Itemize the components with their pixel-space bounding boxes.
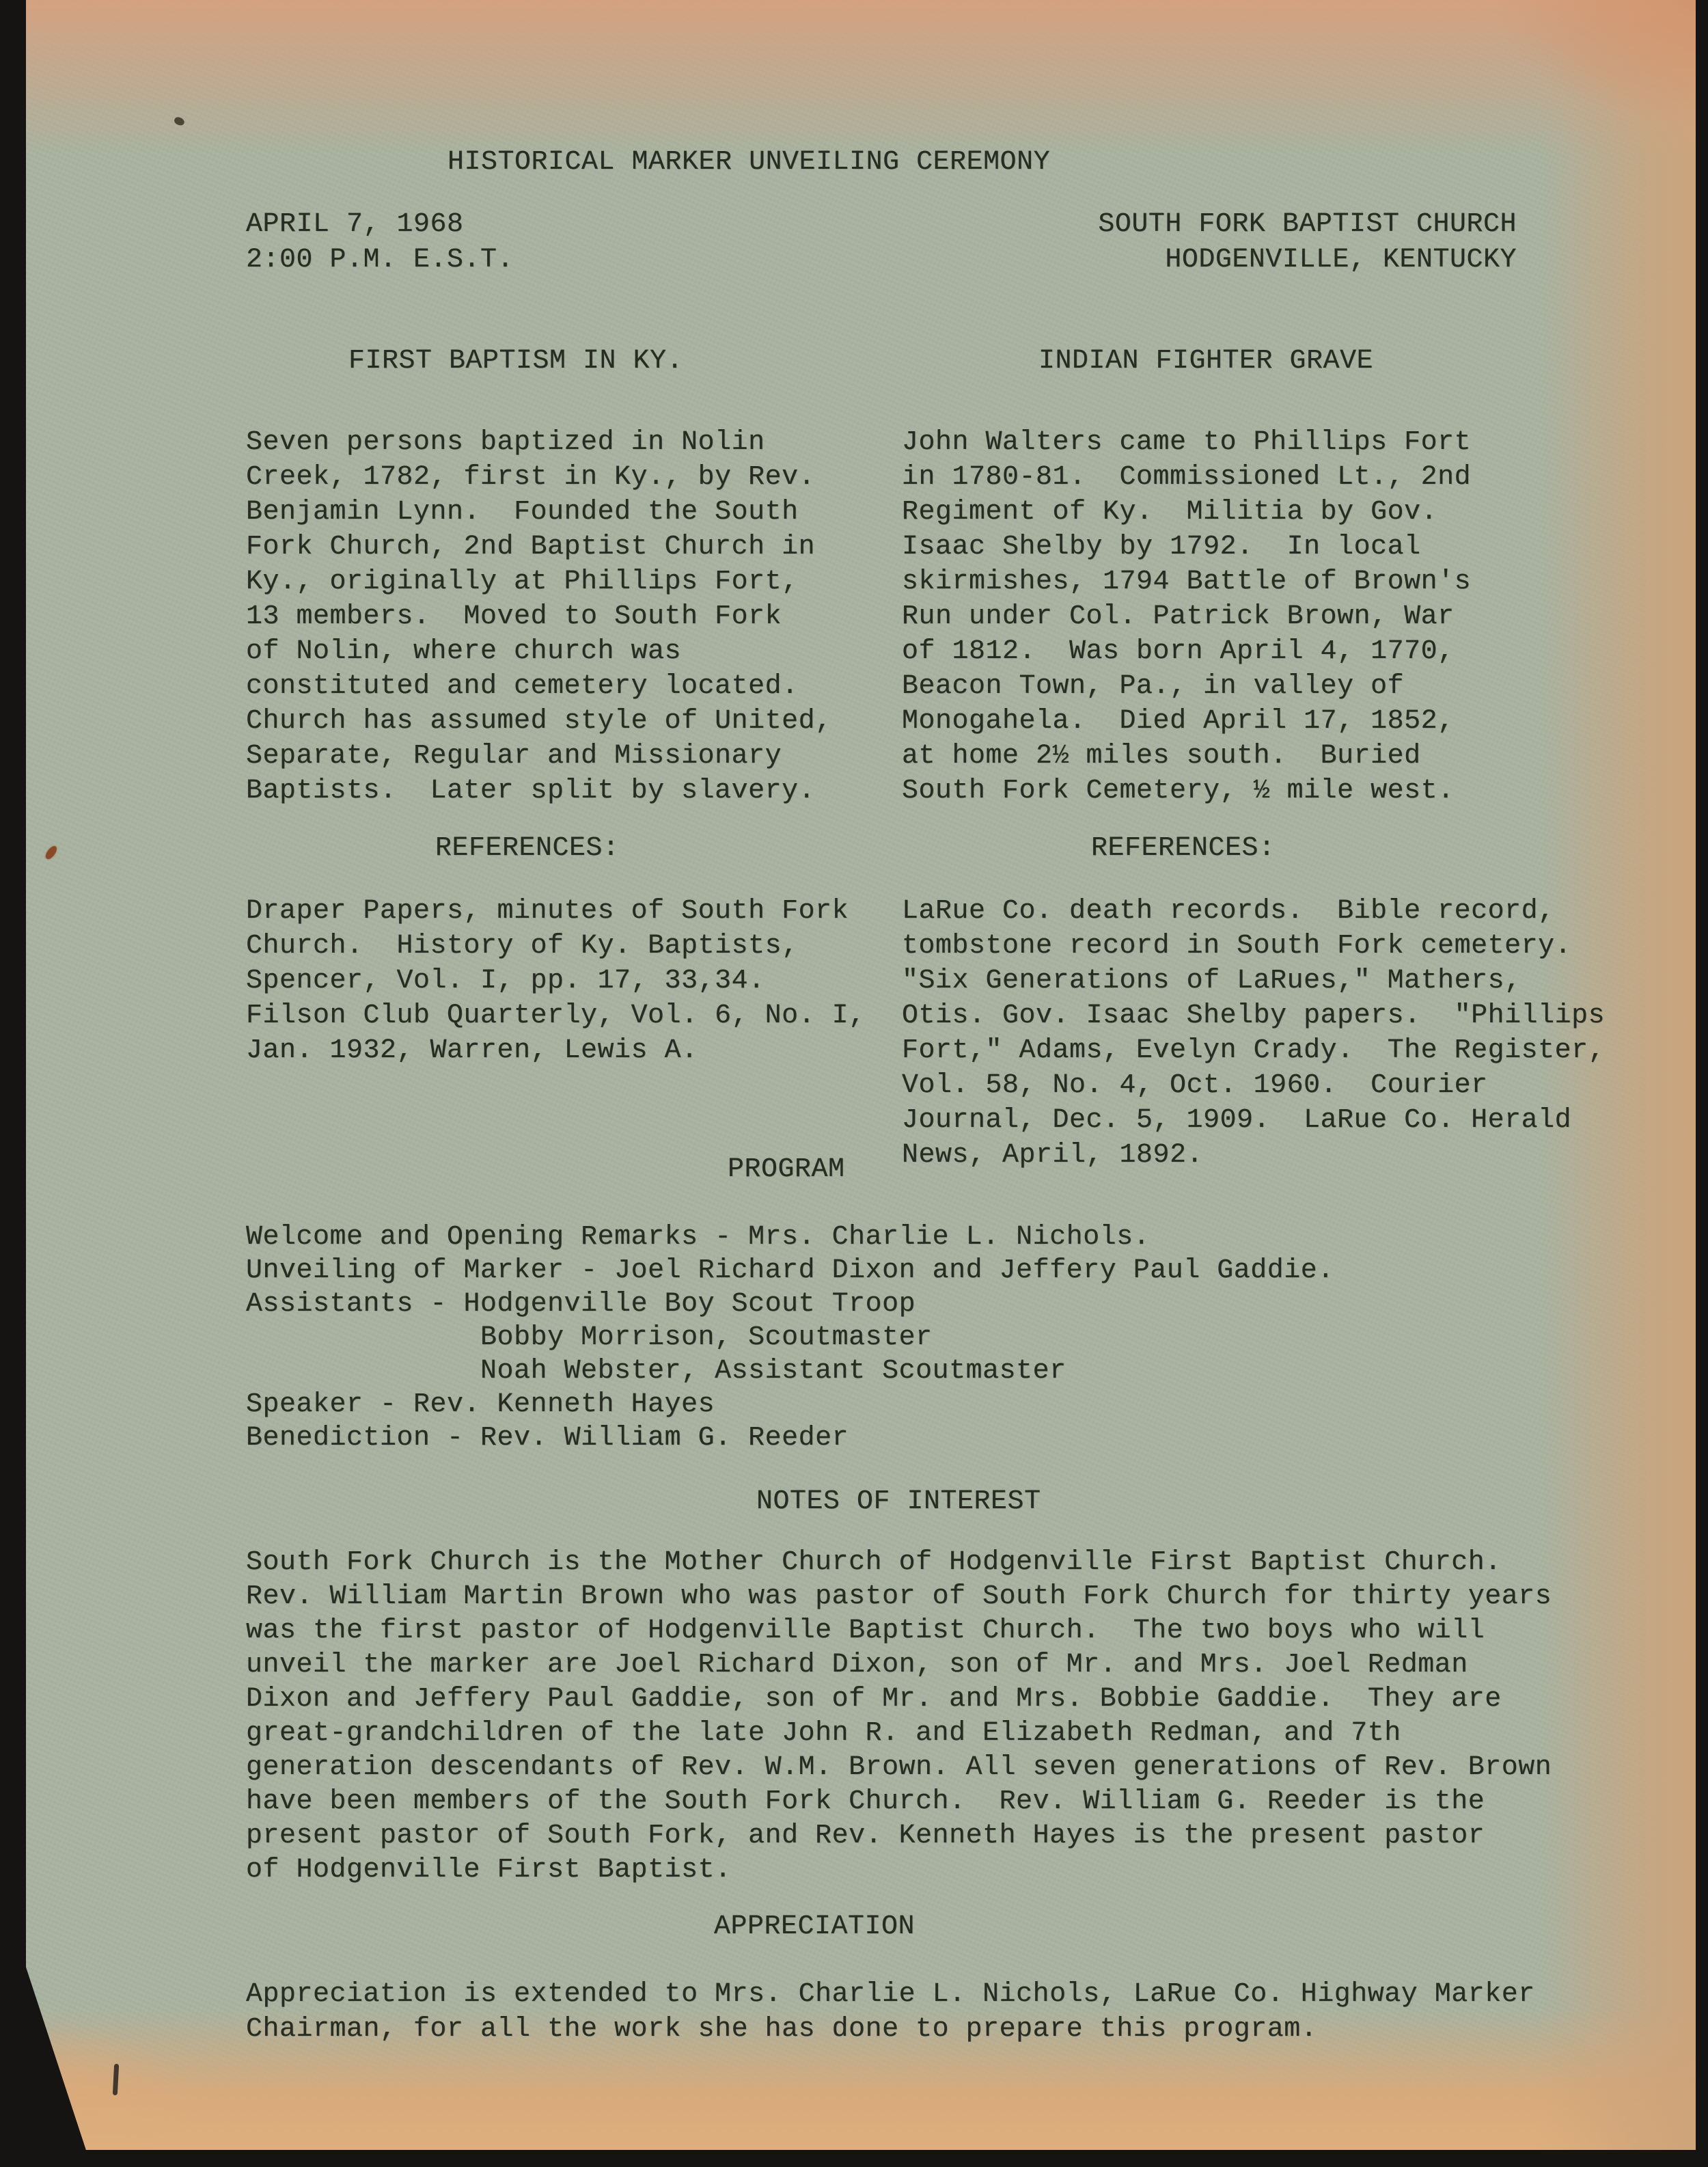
program-heading: PROGRAM	[728, 1152, 845, 1188]
right-section-body: John Walters came to Phillips Fort in 17…	[902, 425, 1471, 808]
left-references-heading: REFERENCES:	[435, 831, 620, 867]
program-line: Benediction - Rev. William G. Reeder	[246, 1421, 849, 1455]
appreciation-body: Appreciation is extended to Mrs. Charlie…	[246, 1977, 1535, 2047]
left-section-heading: FIRST BAPTISM IN KY.	[348, 344, 683, 379]
notes-body: South Fork Church is the Mother Church o…	[246, 1546, 1552, 1887]
right-section-heading: INDIAN FIGHTER GRAVE	[1038, 344, 1373, 379]
venue-name: SOUTH FORK BAPTIST CHURCH	[956, 207, 1517, 243]
appreciation-heading: APPRECIATION	[714, 1909, 915, 1945]
program-line: Assistants - Hodgenville Boy Scout Troop	[246, 1287, 915, 1321]
program-line: Welcome and Opening Remarks - Mrs. Charl…	[246, 1221, 1150, 1254]
document-title: HISTORICAL MARKER UNVEILING CEREMONY	[447, 145, 1050, 180]
notes-heading: NOTES OF INTEREST	[756, 1484, 1041, 1520]
event-date: APRIL 7, 1968	[246, 207, 464, 243]
program-line: Noah Webster, Assistant Scoutmaster	[246, 1354, 1066, 1388]
right-references-heading: REFERENCES:	[1091, 831, 1276, 867]
left-references-body: Draper Papers, minutes of South Fork Chu…	[246, 894, 866, 1068]
right-references-body: LaRue Co. death records. Bible record, t…	[902, 894, 1605, 1173]
program-line: Unveiling of Marker - Joel Richard Dixon…	[246, 1254, 1334, 1287]
left-section-body: Seven persons baptized in Nolin Creek, 1…	[246, 425, 832, 808]
scanned-document-page: { "page": { "title": "HISTORICAL MARKER …	[0, 0, 1708, 2167]
program-line: Speaker - Rev. Kenneth Hayes	[246, 1388, 715, 1421]
venue-location: HODGENVILLE, KENTUCKY	[956, 243, 1517, 278]
event-time: 2:00 P.M. E.S.T.	[246, 243, 514, 278]
program-line: Bobby Morrison, Scoutmaster	[246, 1321, 933, 1354]
